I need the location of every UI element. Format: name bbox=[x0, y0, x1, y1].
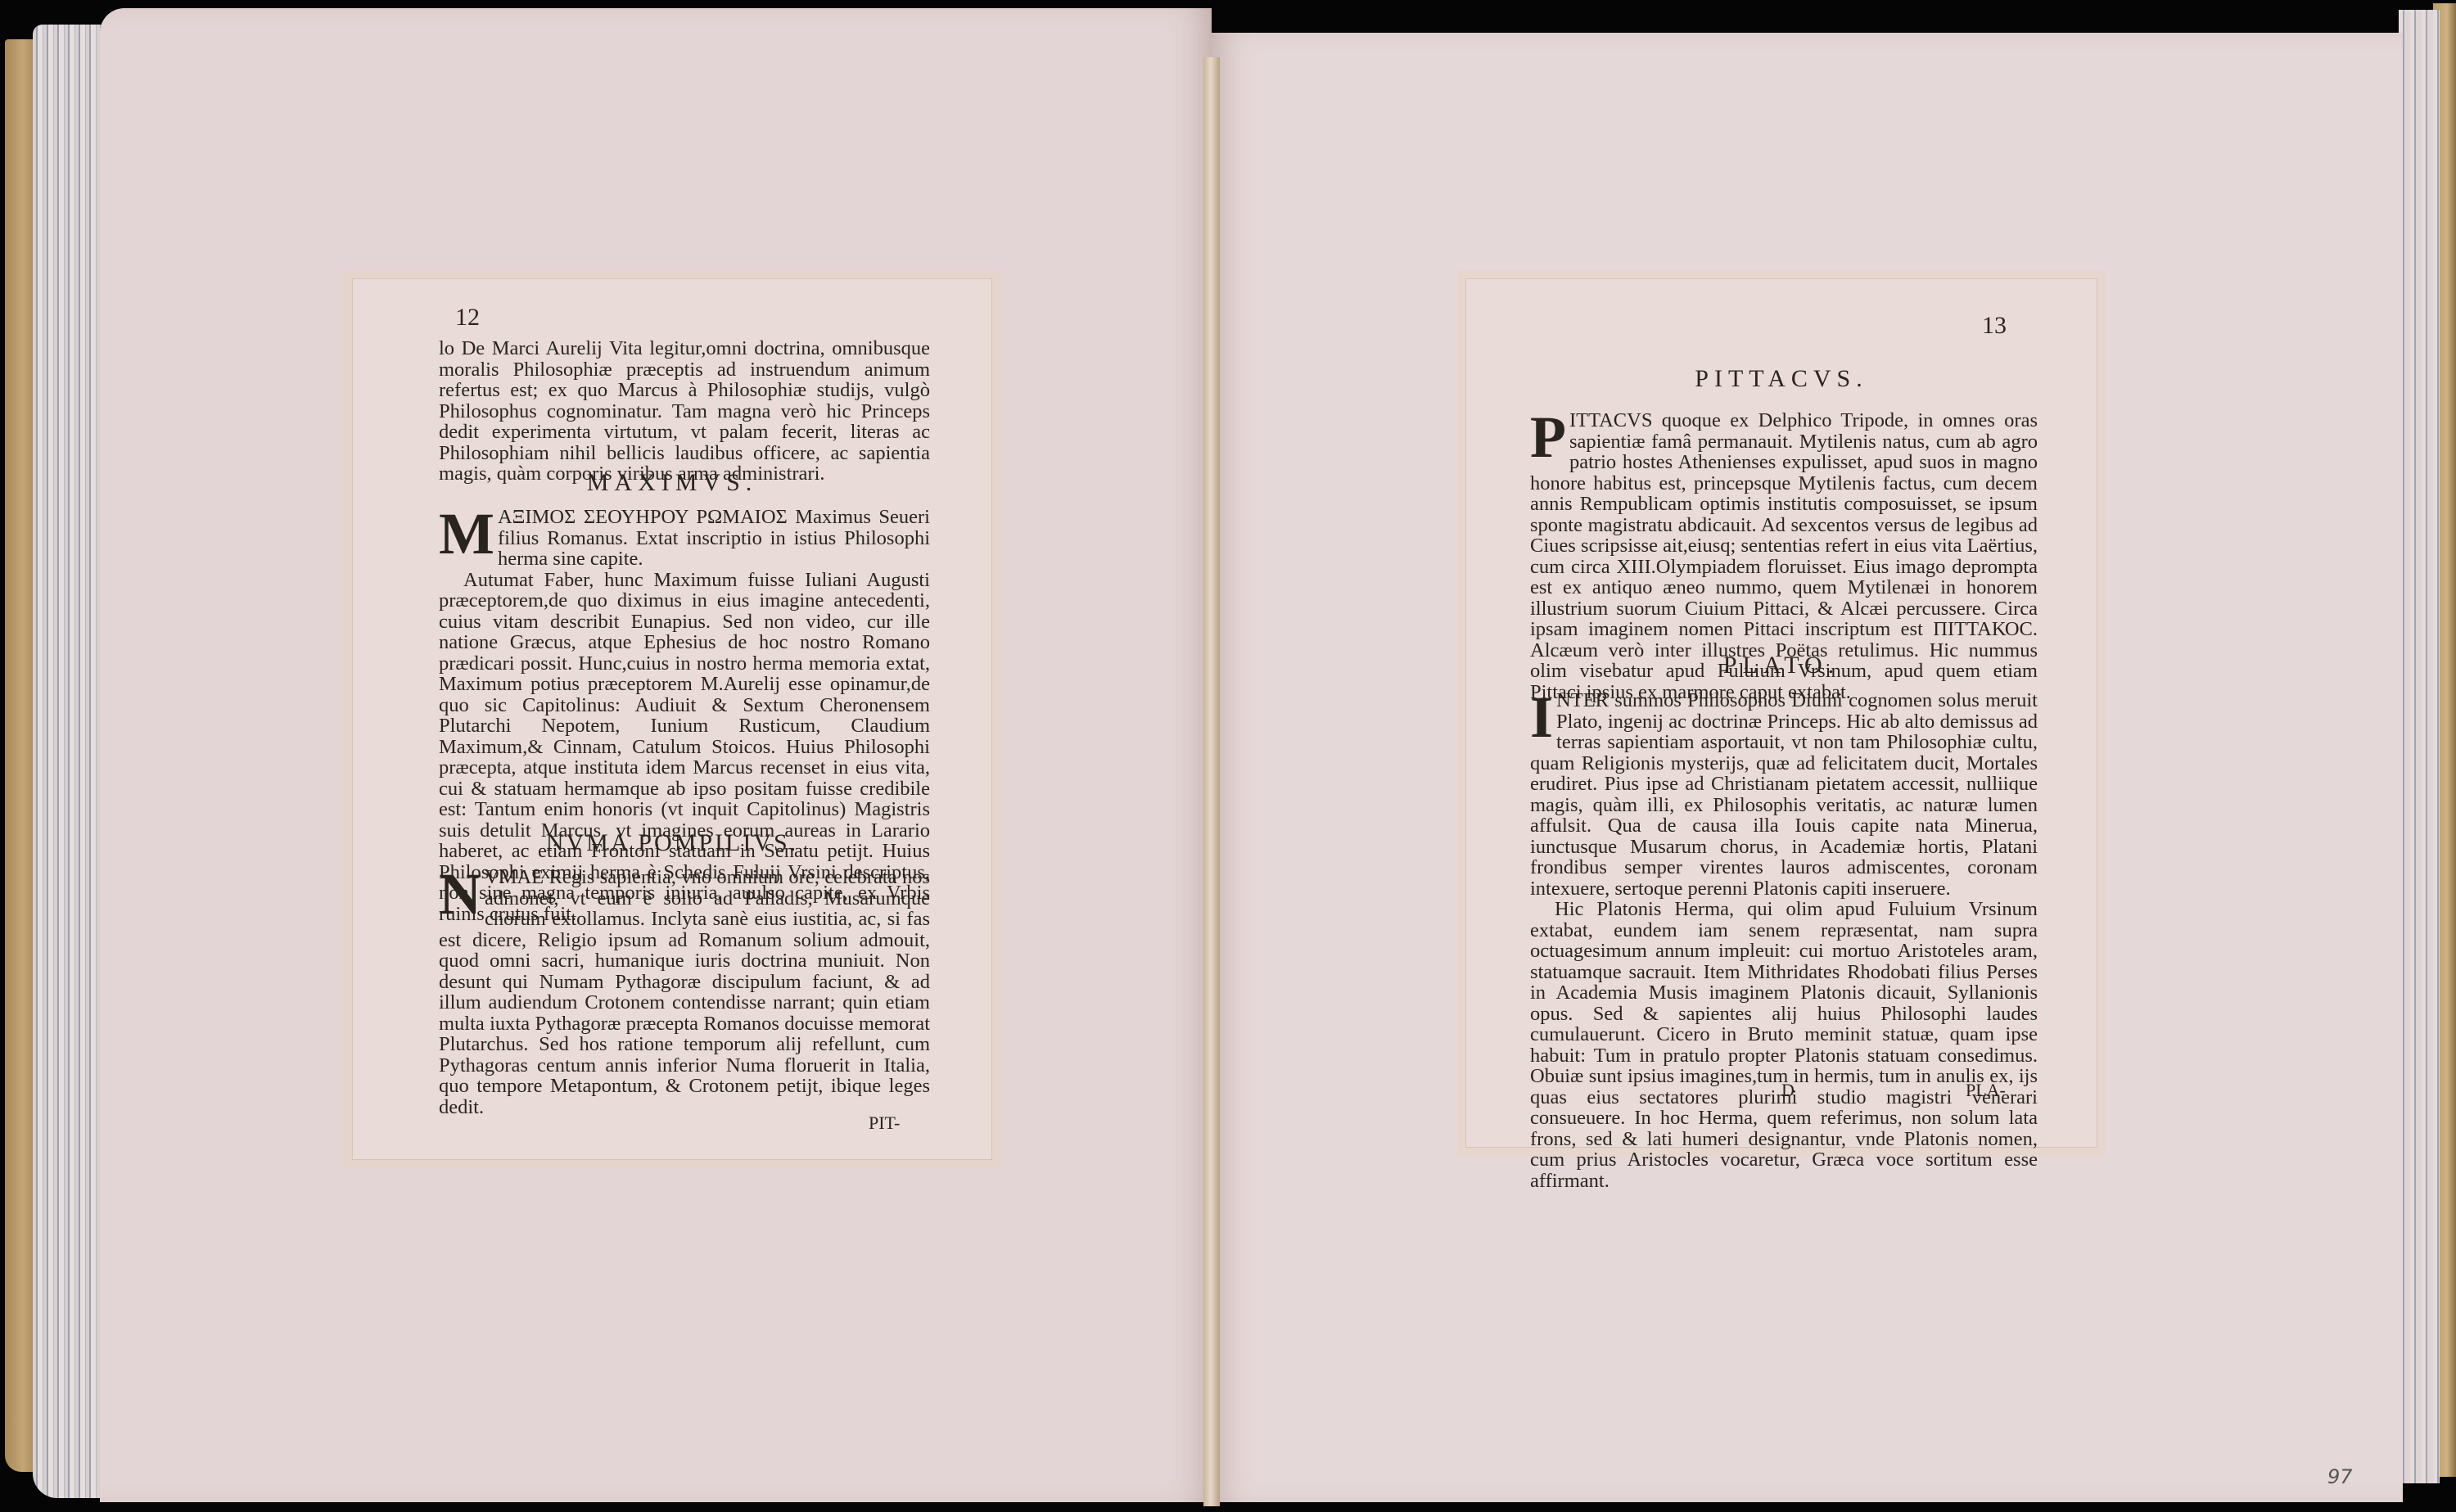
page-edges-right bbox=[2399, 10, 2440, 1483]
drop-cap: P bbox=[1530, 413, 1566, 461]
paragraph: Hic Platonis Herma, qui olim apud Fuluiu… bbox=[1530, 899, 2038, 1191]
paragraph: VMAE Regis sapientia, vno omnium ore, ce… bbox=[439, 867, 930, 1117]
page-edges-left bbox=[33, 25, 106, 1498]
drop-cap: M bbox=[439, 510, 494, 557]
paragraph: NTER summos Philosophos Diuini cognomen … bbox=[1530, 690, 2038, 899]
section-heading-maximus: MAXIMVS. bbox=[353, 469, 991, 497]
section-body-plato: I NTER summos Philosophos Diuini cognome… bbox=[1530, 690, 2038, 1191]
signature-mark: D bbox=[1781, 1080, 1795, 1101]
page-number: 13 bbox=[1982, 312, 2007, 340]
catchword: PLA- bbox=[1966, 1080, 2006, 1101]
drop-cap: N bbox=[439, 870, 481, 918]
paragraph: ΑΞΙΜΟΣ ΣΕΟΥΗΡΟΥ ΡΩΜΑΙΟΣ Maximus Seueri f… bbox=[439, 507, 930, 570]
intro-paragraph: lo De Marci Aurelij Vita legitur,omni do… bbox=[439, 338, 930, 485]
section-heading-pittacus: PITTACVS. bbox=[1466, 365, 2097, 393]
page-number: 12 bbox=[455, 304, 480, 332]
drop-cap: I bbox=[1530, 693, 1553, 741]
section-body-maximus: M ΑΞΙΜΟΣ ΣΕΟΥΗΡΟΥ ΡΩΜΑΙΟΣ Maximus Seueri… bbox=[439, 507, 930, 924]
left-pasted-page: 12 lo De Marci Aurelij Vita legitur,omni… bbox=[352, 278, 992, 1160]
section-heading-numa: NVMA POMPILIVS. bbox=[353, 829, 991, 857]
right-pasted-page: 13 PITTACVS. P ITTACVS quoque ex Delphic… bbox=[1465, 278, 2097, 1148]
handwritten-folio-number: 97 bbox=[2327, 1465, 2353, 1488]
section-body-numa: N VMAE Regis sapientia, vno omnium ore, … bbox=[439, 867, 930, 1117]
catchword: PIT- bbox=[869, 1113, 900, 1134]
section-heading-plato: PLATO. bbox=[1466, 652, 2097, 679]
book-gutter bbox=[1203, 57, 1220, 1506]
